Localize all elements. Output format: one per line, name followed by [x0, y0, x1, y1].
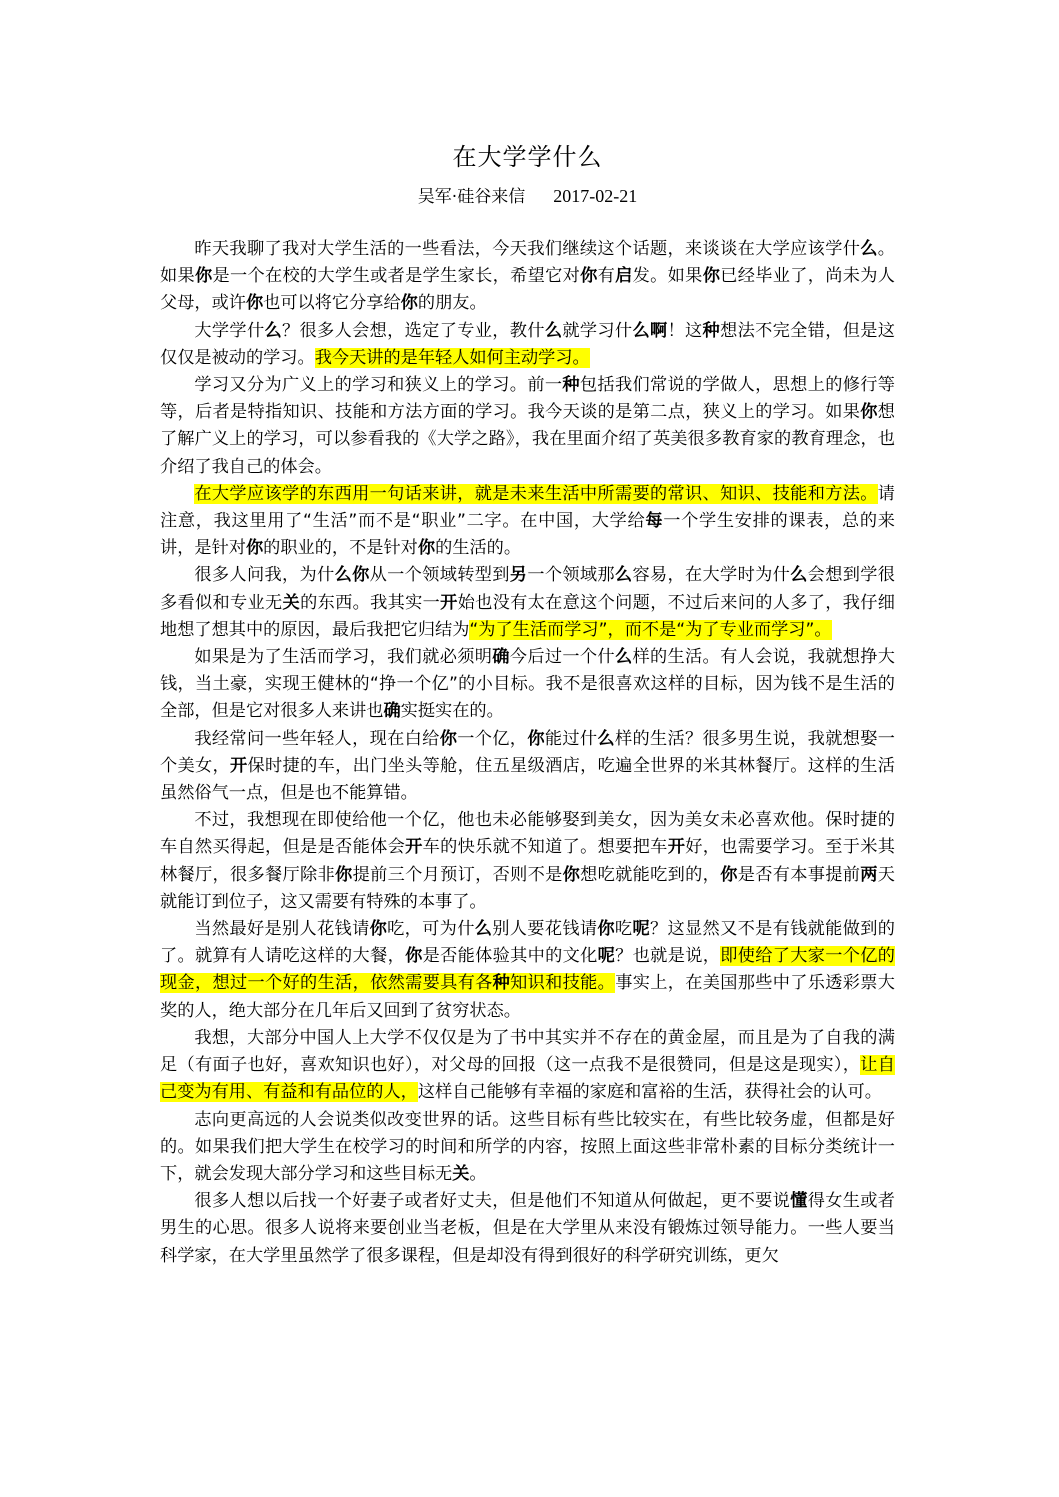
text-run: 这样自己能够有幸福的家庭和富裕的生活，获得社会的认可。 — [418, 1082, 882, 1102]
text-run: 也可以将它分享给 — [263, 293, 401, 313]
text-run: 一个亿， — [457, 729, 527, 749]
text-run: 就学习什 — [562, 321, 632, 341]
text-run: 你 — [335, 865, 353, 885]
text-run: 么 — [790, 565, 808, 585]
text-run: 。 — [469, 1164, 486, 1184]
highlighted-text: 种 — [493, 973, 511, 993]
text-run: 你 — [370, 919, 388, 939]
text-run: 是否能体验其中的文化 — [423, 946, 598, 966]
text-run: 很多人问我，为什 — [194, 565, 334, 585]
text-run: 我想，大部分中国人上大学不仅仅是为了书中其实并不存在的黄金屋，而且是为了自我的满… — [160, 1028, 895, 1075]
article-author: 吴军·硅谷来信 — [418, 187, 525, 207]
text-run: 别人要花钱请 — [492, 919, 597, 939]
text-run: 发。如果 — [633, 266, 703, 286]
text-run: 的朋友。 — [418, 293, 487, 313]
text-run: 的职业的，不是针对 — [263, 538, 418, 558]
text-run: 昨天我聊了我对大学生活的一些看法，今天我们继续这个话题，来谈谈在大学应该学什 — [194, 239, 860, 259]
text-run: 么 — [597, 729, 615, 749]
text-run: 从一个领域转型到 — [370, 565, 510, 585]
text-run: 保时捷的车，出门坐头等舱，住五星级酒店，吃遍全世界的米其林餐厅。这样的生活虽然俗… — [160, 756, 895, 803]
text-run: 开 — [405, 837, 423, 857]
text-run: 你 — [563, 865, 581, 885]
text-run: 如果是为了生活而学习，我们就必须明 — [194, 647, 492, 667]
text-run: 很多人想以后找一个好妻子或者好丈夫，但是他们不知道从何做起，更不要说 — [194, 1191, 790, 1211]
text-run: 你 — [246, 538, 263, 558]
paragraph: 志向更高远的人会说类似改变世界的话。这些目标有些比较实在，有些比较务虚，但都是好… — [160, 1107, 895, 1189]
text-run: 你 — [703, 266, 721, 286]
text-run: 么 — [615, 565, 633, 585]
text-run: 呢 — [632, 919, 650, 939]
text-run: 的东西。我其实一 — [300, 593, 440, 613]
text-run: 每 — [645, 511, 663, 531]
paragraph: 大学学什么？很多人会想，选定了专业，教什么就学习什么啊！这种想法不完全错，但是这… — [160, 318, 895, 372]
text-run: ？很多人会想，选定了专业，教什 — [282, 321, 545, 341]
paragraph: 很多人问我，为什么你从一个领域转型到另一个领域那么容易，在大学时为什么会想到学很… — [160, 562, 895, 644]
text-run: 是一个在校的大学生或者是学生家长，希望它对 — [213, 266, 581, 286]
highlighted-text: “为了生活而学习”，而不是“为了专业而学习”。 — [469, 620, 831, 640]
text-run: 开 — [230, 756, 248, 776]
article-byline: 吴军·硅谷来信2017-02-21 — [160, 183, 895, 210]
text-run: 实挺实在的。 — [401, 701, 504, 721]
text-run: 开 — [668, 837, 686, 857]
text-run: 么 — [264, 321, 282, 341]
article-title: 在大学学什么 — [160, 141, 895, 173]
paragraph: 当然最好是别人花钱请你吃，可为什么别人要花钱请你吃呢？这显然又不是有钱就能做到的… — [160, 916, 895, 1025]
text-run: 确 — [492, 647, 510, 667]
text-run: 开 — [440, 593, 458, 613]
text-run: 容易，在大学时为什 — [632, 565, 790, 585]
text-run: 提前三个月预订，否则不是 — [353, 865, 563, 885]
highlighted-text: 知识和技能。 — [510, 973, 615, 993]
text-run: 的生活的。 — [435, 538, 521, 558]
paragraph: 不过，我想现在即使给他一个亿，他也未必能够娶到美女，因为美女未必喜欢他。保时捷的… — [160, 807, 895, 916]
text-run: 你 — [860, 402, 878, 422]
text-run: 你 — [195, 266, 213, 286]
article-date: 2017-02-21 — [553, 186, 637, 206]
text-run: 吃，可为什 — [387, 919, 475, 939]
article-body: 昨天我聊了我对大学生活的一些看法，今天我们继续这个话题，来谈谈在大学应该学什么。… — [160, 236, 895, 1270]
text-run: 你 — [580, 266, 598, 286]
paragraph: 如果是为了生活而学习，我们就必须明确今后过一个什么样的生活。有人会说，我就想挣大… — [160, 644, 895, 726]
text-run: 确 — [383, 701, 400, 721]
text-run: ？也就是说， — [615, 946, 720, 966]
paragraph: 昨天我聊了我对大学生活的一些看法，今天我们继续这个话题，来谈谈在大学应该学什么。… — [160, 236, 895, 318]
text-run: 你 — [720, 865, 738, 885]
text-run: 你 — [597, 919, 615, 939]
text-run: 么 — [545, 321, 563, 341]
text-run: 能过什 — [545, 729, 598, 749]
text-run: 关 — [283, 593, 301, 613]
text-run: 一个领域那 — [527, 565, 615, 585]
text-run: 吃 — [615, 919, 633, 939]
highlighted-text: 在大学应该学的东西用一句话来讲，就是未来生活中所需要的常识、知识、技能和方法。 — [194, 484, 877, 504]
text-run: 车的快乐就不知道了。想要把车 — [423, 837, 668, 857]
paragraph: 很多人想以后找一个好妻子或者好丈夫，但是他们不知道从何做起，更不要说懂得女生或者… — [160, 1188, 895, 1270]
text-run: 种 — [703, 321, 721, 341]
text-run: 你 — [527, 729, 545, 749]
text-run: 学习又分为广义上的学习和狭义上的学习。前一 — [194, 375, 562, 395]
text-run: 懂 — [790, 1191, 808, 1211]
text-run: 种 — [562, 375, 580, 395]
text-run: 你 — [405, 946, 423, 966]
text-run: 另 — [510, 565, 528, 585]
text-run: 两 — [860, 865, 878, 885]
text-run: 是否有本事提前 — [738, 865, 861, 885]
paragraph: 我想，大部分中国人上大学不仅仅是为了书中其实并不存在的黄金屋，而且是为了自我的满… — [160, 1025, 895, 1107]
text-run: 么你 — [335, 565, 370, 585]
text-run: 想吃就能吃到的， — [580, 865, 720, 885]
paragraph: 在大学应该学的东西用一句话来讲，就是未来生活中所需要的常识、知识、技能和方法。请… — [160, 481, 895, 563]
text-run: 志向更高远的人会说类似改变世界的话。这些目标有些比较实在，有些比较务虚，但都是好… — [160, 1110, 895, 1184]
text-run: 你 — [418, 538, 435, 558]
text-run: 关 — [452, 1164, 469, 1184]
text-run: 呢 — [598, 946, 616, 966]
text-run: 么 — [615, 647, 633, 667]
text-run: 有 — [598, 266, 616, 286]
text-run: 启 — [615, 266, 633, 286]
text-run: 今后过一个什 — [510, 647, 615, 667]
text-run: 你 — [246, 293, 263, 313]
text-run: 大学学什 — [194, 321, 264, 341]
highlighted-text: 我今天讲的是年轻人如何主动学习。 — [315, 348, 590, 368]
text-run: 你 — [401, 293, 418, 313]
text-run: ！这 — [668, 321, 703, 341]
paragraph: 我经常问一些年轻人，现在白给你一个亿，你能过什么样的生活？很多男生说，我就想娶一… — [160, 726, 895, 808]
paragraph: 学习又分为广义上的学习和狭义上的学习。前一种包括我们常说的学做人，思想上的修行等… — [160, 372, 895, 481]
text-run: 当然最好是别人花钱请 — [194, 919, 369, 939]
text-run: 么啊 — [632, 321, 667, 341]
text-run: 我经常问一些年轻人，现在白给 — [194, 729, 439, 749]
text-run: 么 — [475, 919, 493, 939]
text-run: 你 — [440, 729, 458, 749]
text-run: 么 — [860, 239, 878, 259]
